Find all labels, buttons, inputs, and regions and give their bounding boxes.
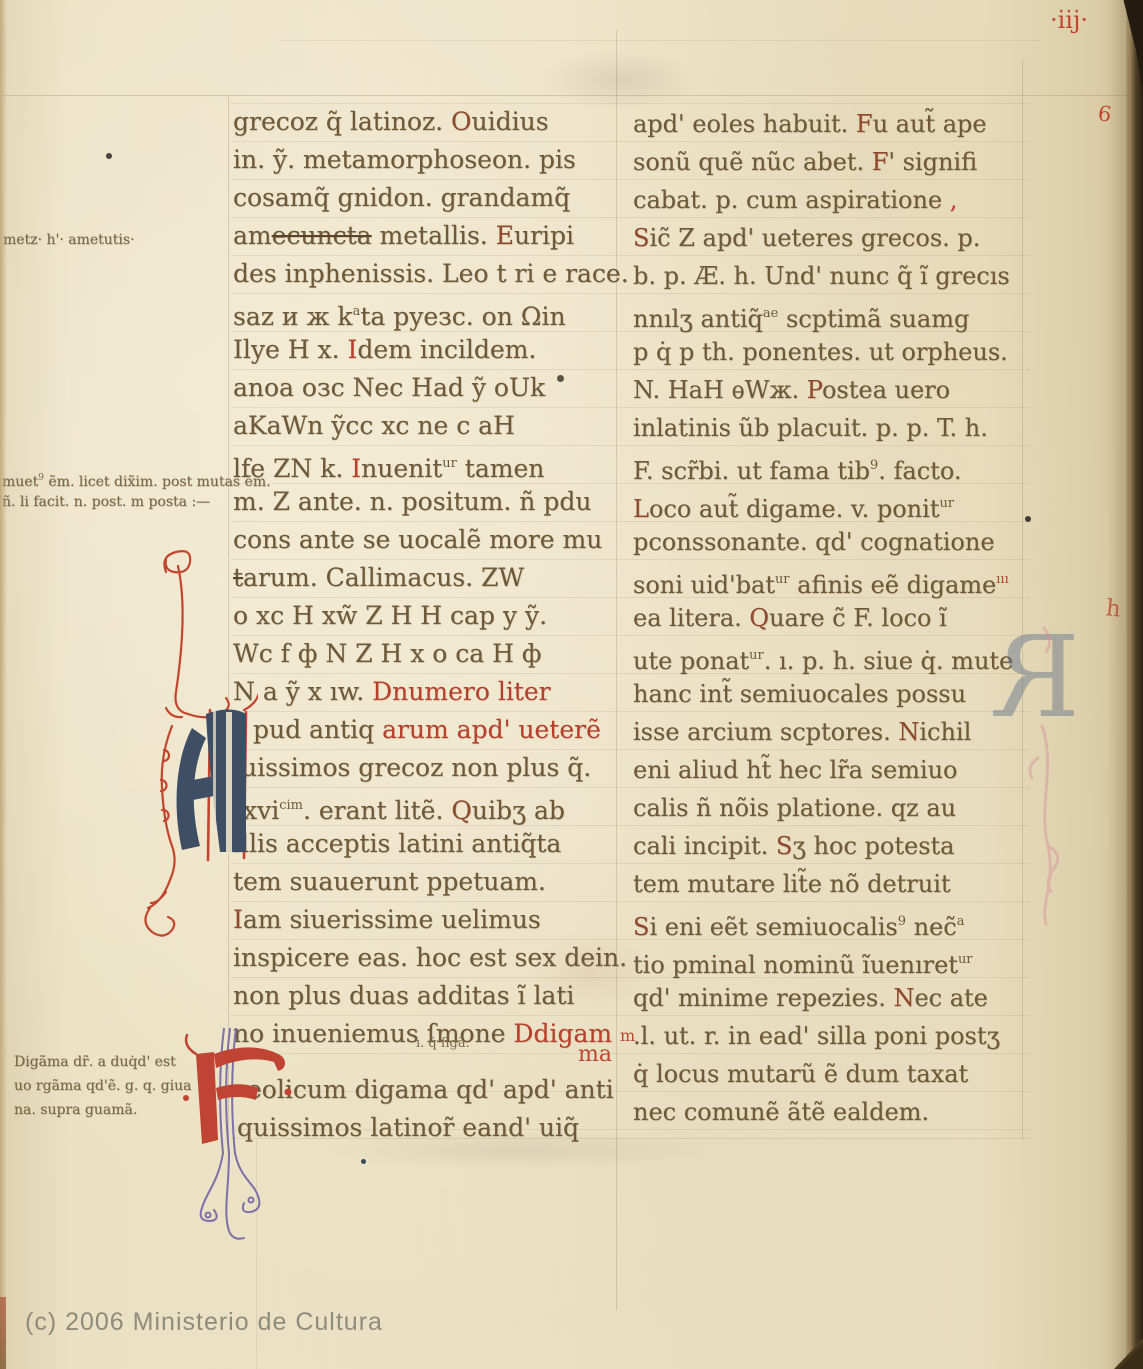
ink-speck [1025,516,1031,522]
text-segment: N [898,718,919,746]
text-segment: aKaWn ỹcc хc ne c aH [233,411,515,440]
text-segment: ec ate [914,984,987,1012]
show-through-smudge [540,50,700,110]
text-line: soni uid'batur afinis eẽ digameııı [633,561,1031,599]
ink-speck [106,153,112,159]
text-segment: Q [749,604,769,632]
text-segment: saz и ж k [233,302,353,331]
text-segment: ecuncta [272,221,372,250]
folio-number: ·iij· [1050,6,1088,34]
text-segment: ostea uero [822,376,950,404]
text-line: saz и ж kata pyeзc. on Ωin [233,293,631,331]
page-edge-left [0,0,7,1369]
text-segment: m. Z ante. n. positum. ñ pdu [233,487,591,516]
text-line: inlatinis ũb placuit. p. p. T. h. [633,409,1031,447]
text-segment: anoa oзc Nec Had ỹ oUk [233,373,545,402]
text-segment: N. HaH ѳWж. [633,376,807,404]
text-line: pud antiq arum apd' ueterẽ [253,711,631,749]
text-segment: ur [442,456,457,471]
text-segment: apd' eoles habuit. [633,110,856,138]
text-line: Wc f ф N Z H х o ca H ф [233,635,631,673]
text-line: illis acceptis latini antiq̃ta [233,825,631,863]
text-line: Ilye H х. Idem incildem. [233,331,631,369]
ruling-line [0,95,1143,96]
text-segment: Dnumero liter [372,677,550,706]
text-segment: nec̃ [906,913,957,941]
text-segment: dem incildem. [357,335,536,364]
text-segment: I [351,454,361,483]
text-segment: isse arcium scptores. [633,718,898,746]
text-line: ute ponatur. ı. p. h. siue q̇. mute [633,637,1031,675]
text-segment: des inphenissis. Leo t ri e race. [233,259,629,288]
text-line: q̇ locus mutarũ ẽ dum taxat [633,1055,1031,1093]
text-segment: I [347,335,357,364]
text-segment: F [872,148,889,176]
text-line: isse arcium scptores. Nichil [633,713,1031,751]
text-segment: oco aut̃ digame. v. ponit [649,495,940,523]
text-segment: Q [451,796,472,825]
text-line: pconssonante. qd' cognatione [633,523,1031,561]
copyright-watermark: (c) 2006 Ministerio de Cultura [25,1308,383,1337]
decorated-initial-F [166,1028,306,1243]
interlinear-gloss: ı. q̃ figã. [416,1036,470,1051]
text-segment: ııı [996,572,1008,587]
text-line: anoa oзc Nec Had ỹ oUk [233,369,631,407]
text-segment: soni uid'bat [633,571,775,599]
text-line: na. supra guamã. [14,1098,191,1122]
text-line: tem suauerunt ppetuam. [233,863,631,901]
text-segment: pud antiq [253,715,382,744]
text-line: apd' eoles habuit. Fu aut̃ ape [633,105,1031,143]
text-segment: ur [939,496,954,511]
text-segment: lfe ZN k. [233,454,351,483]
text-segment: L [633,495,649,523]
text-segment: ichil [919,718,971,746]
text-line: cosamq̃ gnidon. grandamq̃ [233,179,631,217]
margin-note-bottom: Digãma dr̃. a duq̇d' estuo rgãma qd'ẽ. g… [14,1050,191,1122]
text-segment: nnılʒ antiq̃ [633,305,763,333]
text-segment: ute ponat [633,647,749,675]
text-column-left: grecoz q̃ latinoz. Ouidiusin. ỹ. metamor… [233,103,631,1147]
text-segment: illis acceptis latini antiq̃ta [233,829,561,858]
text-segment: ur [958,952,973,967]
text-segment: ta pyeзc. on Ωin [360,302,565,331]
text-segment: qd' minime repezies. [633,984,893,1012]
text-line: hanc int̃ semiuocales possu [633,675,1031,713]
text-line: nec comunẽ ãtẽ ealdem. [633,1093,1031,1131]
text-line: Digãma dr̃. a duq̇d' est [14,1050,191,1074]
text-segment: Digãma dr̃. a duq̇d' est [14,1054,176,1070]
rubric-ma: ma [578,1042,612,1067]
ruling-line [280,40,1040,41]
text-segment: Wc f ф N Z H х o ca H ф [233,639,541,668]
text-segment: arum. Callimacus. ZW [243,563,524,592]
text-segment: tem suauerunt ppetuam. [233,867,546,896]
text-line: Iam siuerissime uelimus [233,901,631,939]
text-segment: uibʒ ab [472,796,565,825]
text-column-right: apd' eoles habuit. Fu aut̃ apesonũ quẽ n… [633,105,1031,1131]
text-segment: S [776,832,792,860]
text-segment: metz· h'· ametutis· [3,232,135,248]
text-line: aKaWn ỹcc хc ne c aH [233,407,631,445]
text-segment: uidius [472,107,549,136]
text-line: xvicim. erant litẽ. Quibʒ ab [243,787,631,825]
decorated-initial-A [126,542,258,950]
text-segment: ' signifi [888,148,977,176]
text-line: Si eni eẽt semiuocalis9 nec̃a [633,903,1031,941]
text-line: in. ỹ. metamorphoseon. pis [233,141,631,179]
text-segment: , [942,186,957,214]
text-segment: ur [775,572,790,587]
text-line: grecoz q̃ latinoz. Ouidius [233,103,631,141]
initial-a-artwork [126,542,258,950]
text-segment: S [633,224,649,252]
ghost-initial-R: R [992,598,1088,928]
text-line: metz· h'· ametutis· [3,228,135,252]
text-segment: afinis eẽ digame [790,571,997,599]
text-line: p q̇ p th. ponentes. ut orpheus. [633,333,1031,371]
text-line: b. p. Æ. h. Und' nunc q̃ ĩ grecıs [633,257,1031,295]
text-segment: cosamq̃ gnidon. grandamq̃ [233,183,570,212]
text-segment: arum apd' ueterẽ [382,715,601,744]
rubric-margin-m: m [620,1026,635,1045]
text-line: amecuncta metallis. Euripi [233,217,631,255]
text-line: nnılʒ antiq̃ae scptimã suamg [633,295,1031,333]
text-line: tarum. Callimacus. ZW [233,559,631,597]
ink-speck [557,375,564,382]
text-segment: cim [279,798,303,813]
text-line: ñ. li facit. n. post. m posta :— [2,490,271,514]
text-segment: b. p. Æ. h. Und' nunc q̃ ĩ grecıs [633,262,1010,290]
text-segment: pconssonante. qd' cognatione [633,528,995,556]
text-segment: scptimã suamg [778,305,969,333]
text-segment: eni aliud ht̃ hec lr̃a semiuo [633,756,957,784]
text-line: F. scr̃bi. ut fama tib9. facto. [633,447,1031,485]
text-segment: S [633,913,649,941]
manuscript-page: ·iij· 6 h metz· h'· ametutis· muet9 ẽm. … [0,0,1143,1369]
text-segment: non plus duas additas ĩ lati [233,981,574,1010]
text-segment: ic̃ Z apd' ueteres grecos. p. [649,224,980,252]
text-segment: calis ñ nõis platione. qz au [633,794,956,822]
text-line: muet9 ẽm. licet dix̃im. post mutas ẽm. [2,466,271,490]
text-segment: tio pminal nominũ ĩuenıret [633,951,958,979]
text-line: cabat. p. cum aspiratione , [633,181,1031,219]
text-segment: P [807,376,822,404]
text-line: tem mutare lit̃e nõ detruit [633,865,1031,903]
text-segment: tamen [457,454,545,483]
text-line: non plus duas additas ĩ lati [233,977,631,1015]
text-segment: p q̇ p th. ponentes. ut orpheus. [633,338,1008,366]
text-line: uo rgãma qd'ẽ. g. q. giua [14,1074,191,1098]
text-line: uissimos grecoz non plus q̃. [241,749,631,787]
text-line: des inphenissis. Leo t ri e race. [233,255,631,293]
text-segment: uare c̃ F. loco ĩ [769,604,947,632]
red-strip-bottom-left [0,1297,6,1369]
text-segment: inspicere eas. hoc est sex dein. [233,943,627,972]
text-line: sonũ quẽ nũc abet. F' signifi [633,143,1031,181]
text-segment: ae [763,306,778,321]
book-edge-right [1126,0,1143,1369]
text-line: m. Z ante. n. positum. ñ pdu [233,483,631,521]
text-segment: F. scr̃bi. ut fama tib [633,457,870,485]
text-segment: q̇ locus mutarũ ẽ dum taxat [633,1060,968,1088]
text-line: o хc H хw̃ Z H H cap y ỹ. [233,597,631,635]
text-segment: nec comunẽ ãtẽ ealdem. [633,1098,929,1126]
text-segment: na. supra guamã. [14,1102,137,1118]
text-segment: muet [2,474,38,490]
text-segment: uripi [514,221,574,250]
ghost-r-artwork: R [992,598,1088,928]
text-segment: . erant litẽ. [303,796,451,825]
text-segment: F [856,110,873,138]
text-segment: cali incipit. [633,832,776,860]
text-line: N a ỹ х ıw. Dnumero liter [233,673,631,711]
text-segment: ur [749,648,764,663]
text-segment: am [233,221,272,250]
text-line: cali incipit. Sʒ hoc potesta [633,827,1031,865]
text-segment: E [496,221,514,250]
text-line: eni aliud ht̃ hec lr̃a semiuo [633,751,1031,789]
text-segment: . ı. p. h. siue q̇. mute [764,647,1014,675]
svg-text:R: R [992,613,1080,743]
text-segment: inlatinis ũb placuit. p. p. T. h. [633,414,988,442]
margin-note-middle: muet9 ẽm. licet dix̃im. post mutas ẽm.ñ.… [2,466,271,514]
text-segment: uo rgãma qd'ẽ. g. q. giua [14,1078,191,1094]
text-segment: tem mutare lit̃e nõ detruit [633,870,951,898]
text-segment: Ilye H х. [233,335,347,364]
text-segment: ʒ hoc potesta [792,832,954,860]
text-segment: metallis. [372,221,496,250]
text-segment: O [451,107,472,136]
text-segment: a [957,914,965,929]
margin-note-top: metz· h'· ametutis· [3,228,135,252]
text-line: N. HaH ѳWж. Postea uero [633,371,1031,409]
text-segment: o хc H хw̃ Z H H cap y ỹ. [233,601,547,630]
text-segment: u aut̃ ape [873,110,987,138]
text-segment: N [893,984,914,1012]
text-line: tio pminal nominũ ĩuenıretur [633,941,1031,979]
text-line: calis ñ nõis platione. qz au [633,789,1031,827]
text-segment: . facto. [878,457,961,485]
text-segment: ea litera. [633,604,749,632]
text-segment: cons ante se uocalẽ more mu [233,525,602,554]
text-segment: 9 [898,914,906,929]
text-line: lfe ZN k. Inuenitur tamen [233,445,631,483]
text-segment: .l. ut. r. in ead' silla poni postʒ [633,1022,1000,1050]
text-segment: nuenit [361,454,442,483]
text-line: .l. ut. r. in ead' silla poni postʒ [633,1017,1031,1055]
text-line: Sic̃ Z apd' ueteres grecos. p. [633,219,1031,257]
text-line: Loco aut̃ digame. v. ponitur [633,485,1031,523]
text-segment: i eni eẽt semiuocalis [649,913,897,941]
text-line: cons ante se uocalẽ more mu [233,521,631,559]
text-line: ea litera. Quare c̃ F. loco ĩ [633,599,1031,637]
text-segment: sonũ quẽ nũc abet. [633,148,872,176]
text-segment: in. ỹ. metamorphoseon. pis [233,145,576,174]
text-segment: hanc int̃ semiuocales possu [633,680,966,708]
text-segment: ñ. li facit. n. post. m posta :— [2,494,210,510]
ink-speck [361,1159,366,1164]
text-segment: uissimos grecoz non plus q̃. [241,753,591,782]
text-line: qd' minime repezies. Nec ate [633,979,1031,1017]
text-segment: grecoz q̃ latinoz. [233,107,451,136]
text-segment: cabat. p. cum aspiratione [633,186,942,214]
text-line: inspicere eas. hoc est sex dein. [233,939,631,977]
text-segment: am siuerissime uelimus [243,905,541,934]
initial-f-artwork [166,1028,306,1243]
